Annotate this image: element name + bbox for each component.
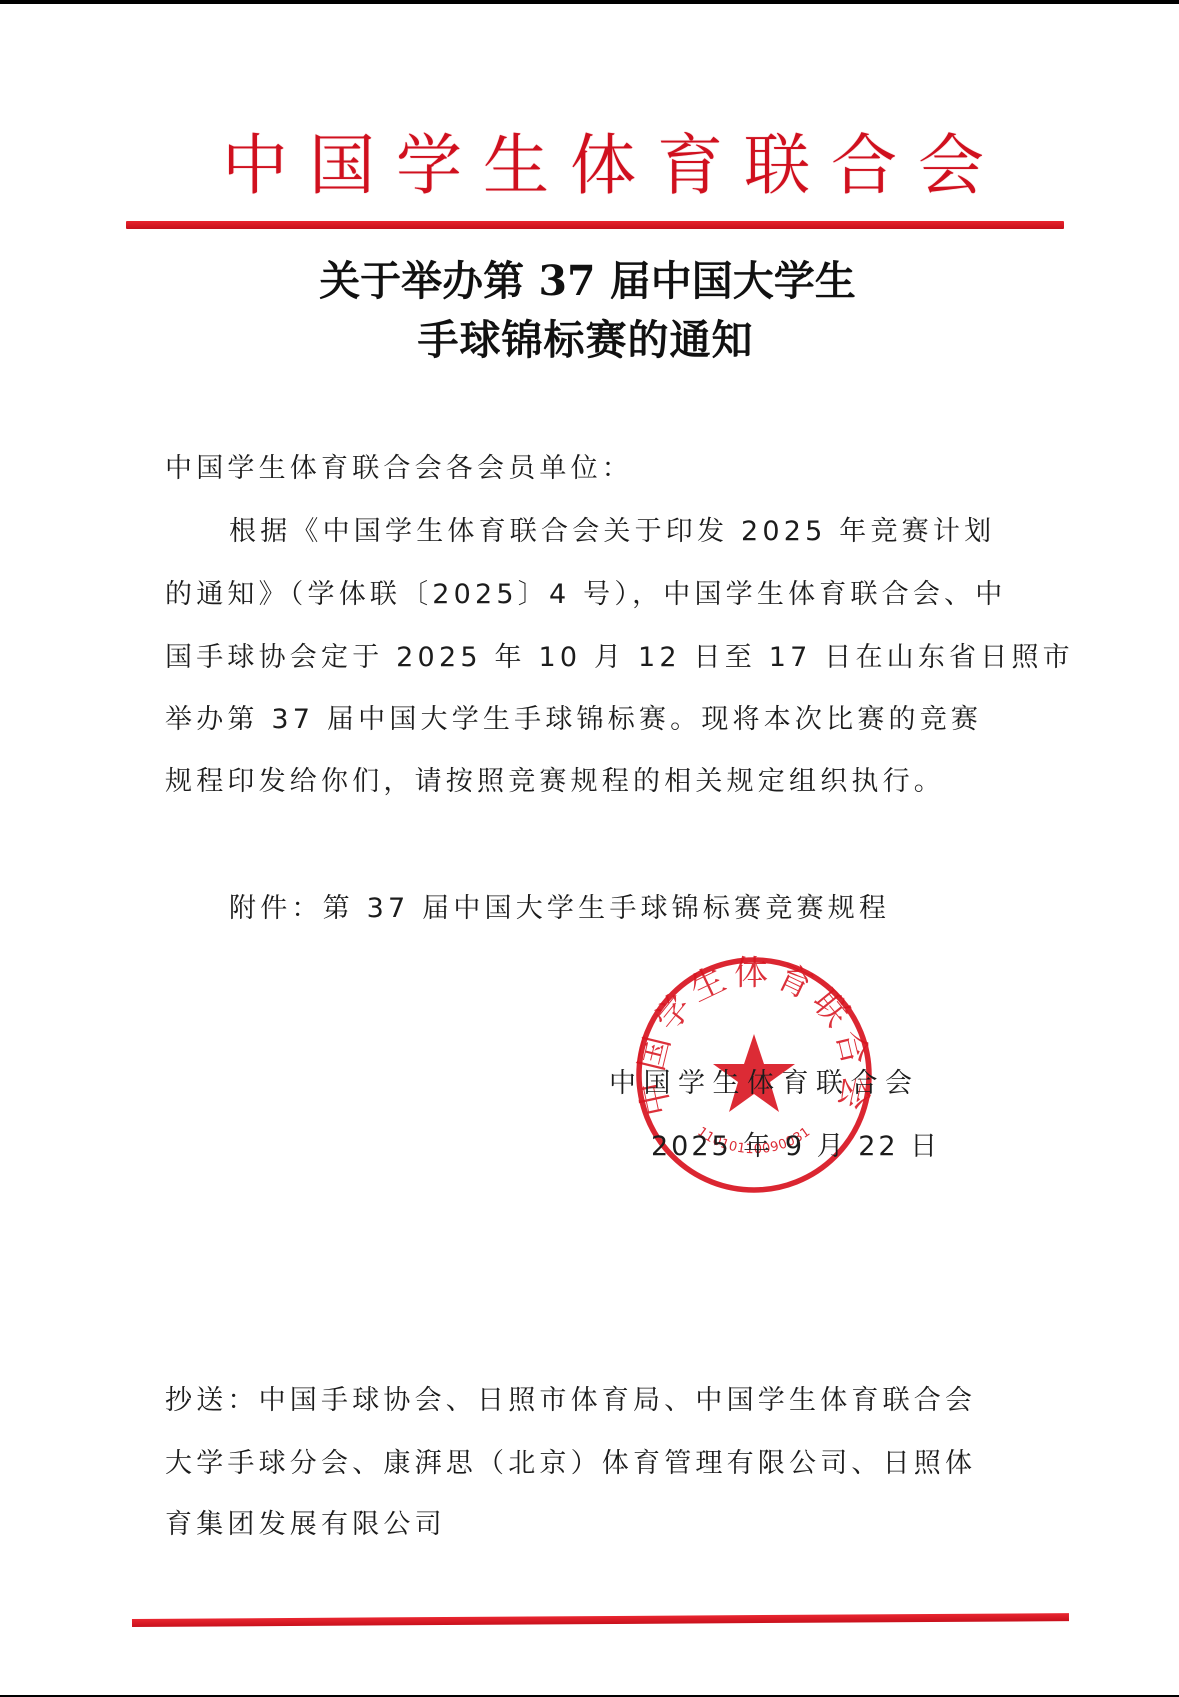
cc-line: 抄送：中国手球协会、日照市体育局、中国学生体育联合会 [165, 1378, 976, 1417]
attachment-note: 附件：第 37 届中国大学生手球锦标赛竞赛规程 [229, 886, 890, 925]
body-paragraph-line: 的通知》（学体联〔2025〕4 号），中国学生体育联合会、中 [165, 572, 1006, 611]
body-paragraph-line: 举办第 37 届中国大学生手球锦标赛。现将本次比赛的竞赛 [165, 697, 982, 736]
signature-org: 中国学生体育联合会 [609, 1061, 920, 1100]
top-edge-bar [0, 0, 1179, 4]
body-paragraph-line: 规程印发给你们，请按照竞赛规程的相关规定组织执行。 [165, 759, 945, 798]
document-title-line-1: 关于举办第 37 届中国大学生 [0, 248, 1177, 307]
footer-red-rule [132, 1613, 1069, 1627]
body-paragraph-line: 根据《中国学生体育联合会关于印发 2025 年竞赛计划 [229, 509, 995, 548]
body-paragraph-line: 国手球协会定于 2025 年 10 月 12 日至 17 日在山东省日照市 [165, 635, 1074, 674]
cc-line: 育集团发展有限公司 [165, 1502, 446, 1541]
letterhead-red-rule [126, 221, 1064, 229]
salutation: 中国学生体育联合会各会员单位： [165, 446, 633, 485]
org-letterhead: 中国学生体育联合会 [222, 118, 1002, 214]
document-title-line-2: 手球锦标赛的通知 [0, 307, 1175, 366]
cc-line: 大学手球分会、康湃思（北京）体育管理有限公司、日照体 [165, 1441, 976, 1480]
signature-date: 2025 年 9 月 22 日 [651, 1124, 940, 1163]
